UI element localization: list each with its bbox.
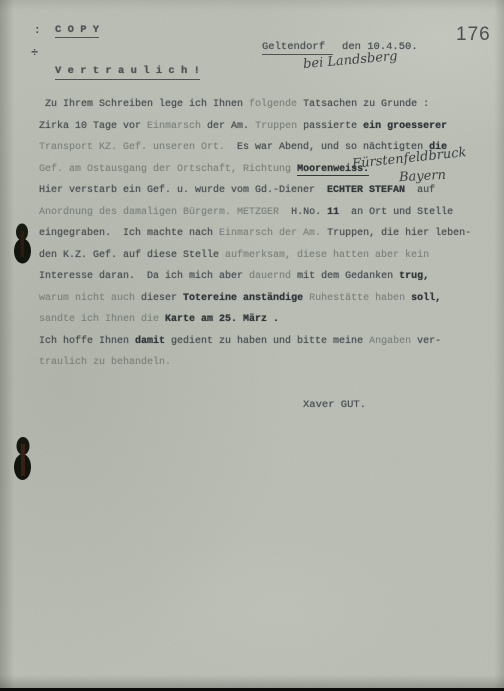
letter-body: Zu Ihrem Schreiben lege ich Ihnen folgen…	[39, 94, 501, 374]
letter-text-segment: dauernd	[249, 271, 291, 282]
letter-text-segment: trug,	[399, 271, 429, 282]
letter-text-segment: Ich hoffe Ihnen	[39, 336, 135, 347]
margin-mark-division: ÷	[31, 46, 38, 60]
letter-text-segment: an Ort und Stelle	[339, 207, 453, 218]
letter-text-segment: eingegraben. Ich machte nach	[39, 228, 219, 239]
letter-text-segment: traulich zu behandeln.	[39, 357, 171, 368]
letter-line: traulich zu behandeln.	[39, 352, 501, 374]
letter-line: warum nicht auch dieser Totereine anstän…	[39, 288, 501, 310]
letter-text-segment: sandte ich Ihnen die	[39, 314, 165, 325]
letter-text-segment: Truppen	[255, 121, 297, 132]
letter-text-segment: ein groesserer	[363, 121, 447, 132]
copy-label: C O P Y	[55, 24, 99, 38]
place-name: Geltendorf	[262, 41, 333, 55]
handwritten-annotation-line2: Bayern	[399, 168, 447, 185]
letter-text-segment: Einmarsch	[147, 121, 201, 132]
letter-text-segment: soll,	[411, 293, 441, 304]
page-number: 176	[456, 24, 491, 46]
letter-text-segment: Totereine anständige	[183, 293, 303, 304]
letter-line: Anordnung des damaligen Bürgerm. METZGER…	[39, 202, 501, 224]
letter-text-segment: gedient zu haben und bitte meine	[165, 336, 369, 347]
letter-text-segment: aufmerksam, diese hatten aber kein	[225, 250, 429, 261]
letter-text-segment: Zu Ihrem Schreiben lege ich Ihnen	[39, 99, 249, 110]
signature: Xaver GUT.	[303, 399, 366, 411]
document-page: : ÷ C O P Y 176 Geltendorfden 10.4.50. b…	[0, 0, 504, 691]
letter-line: sandte ich Ihnen die Karte am 25. März .	[39, 309, 501, 331]
letter-line: Interesse daran. Da ich mich aber dauern…	[39, 266, 501, 288]
letter-text-segment: Einmarsch der Am.	[219, 228, 321, 239]
letter-text-segment: dieser	[141, 293, 183, 304]
letter-text-segment: damit	[135, 336, 165, 347]
letter-text-segment: auf	[405, 185, 435, 196]
letter-text-segment: Truppen, die hier leben-	[321, 228, 471, 239]
letter-text-segment: Gef. am Ostausgang der Ortschaft,	[39, 164, 243, 175]
letter-line: Ich hoffe Ihnen damit gedient zu haben u…	[39, 331, 501, 353]
letter-text-segment: der Am.	[201, 121, 255, 132]
letter-text-segment: Tatsachen zu Grunde :	[297, 99, 429, 110]
letter-text-segment: ECHTER STEFAN	[327, 185, 405, 196]
letter-text-segment: METZGER	[237, 207, 279, 218]
letter-text-segment: den K.Z. Gef. auf diese Stelle	[39, 250, 225, 261]
letter-text-segment: Interesse daran. Da ich mich aber	[39, 271, 249, 282]
letter-text-segment: mit dem Gedanken	[291, 271, 399, 282]
letter-text-segment: Anordnung des damaligen Bürgerm.	[39, 207, 237, 218]
ink-blot-top	[10, 221, 34, 267]
letter-text-segment: passierte	[297, 121, 363, 132]
letter-text-segment: warum nicht auch	[39, 293, 141, 304]
letter-line: den K.Z. Gef. auf diese Stelle aufmerksa…	[39, 245, 501, 267]
letter-line: Zirka 10 Tage vor Einmarsch der Am. Trup…	[39, 116, 501, 138]
letter-text-segment: ver-	[411, 336, 441, 347]
letter-line: eingegraben. Ich machte nach Einmarsch d…	[39, 223, 501, 245]
letter-text-segment: Angaben	[369, 336, 411, 347]
letter-text-segment: Karte am 25. März .	[165, 314, 279, 325]
letter-text-segment: Transport KZ. Gef. unseren Ort.	[39, 142, 225, 153]
ink-blot-bottom	[11, 434, 35, 484]
letter-line: Zu Ihrem Schreiben lege ich Ihnen folgen…	[39, 94, 501, 116]
letter-text-segment: Ruhestätte haben	[303, 293, 405, 304]
letter-text-segment: Richtung	[243, 164, 297, 175]
letter-text-segment: Hier verstarb ein Gef. u. wurde vom Gd.-…	[39, 185, 327, 196]
letter-text-segment: folgende	[249, 99, 297, 110]
confidential-label: V e r t r a u l i c h !	[55, 65, 200, 80]
letter-text-segment: Zirka 10 Tage vor	[39, 121, 147, 132]
margin-mark-colon: :	[34, 25, 41, 37]
letter-text-segment: H.No.	[279, 207, 327, 218]
letter-text-segment: 11	[327, 207, 339, 218]
